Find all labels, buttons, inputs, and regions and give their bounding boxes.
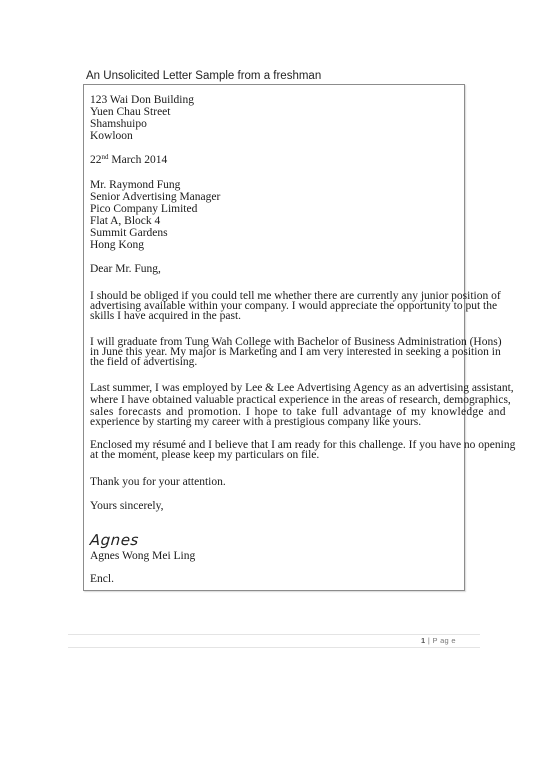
document-title: An Unsolicited Letter Sample from a fres… — [86, 70, 321, 82]
date-day: 22 — [90, 154, 102, 166]
recipient-line: Flat A, Block 4 — [90, 215, 160, 227]
sender-address-line: Yuen Chau Street — [90, 106, 170, 118]
paragraph-enclosure: Enclosed my résumé and I believe that I … — [90, 439, 472, 461]
date-rest: March 2014 — [109, 154, 168, 166]
recipient-line: Senior Advertising Manager — [90, 191, 220, 203]
paragraph-line: Last summer, I was employed by Lee & Lee… — [90, 382, 472, 394]
closing-line: Yours sincerely, — [90, 500, 163, 512]
sender-address-line: Shamshuipo — [90, 118, 147, 130]
footer-divider — [68, 634, 480, 635]
recipient-line: Summit Gardens — [90, 227, 168, 239]
sender-address-line: 123 Wai Don Building — [90, 94, 194, 106]
paragraph-education: I will graduate from Tung Wah College wi… — [90, 336, 472, 367]
salutation: Dear Mr. Fung, — [90, 263, 161, 275]
thanks-line: Thank you for your attention. — [90, 476, 226, 488]
recipient-line: Hong Kong — [90, 239, 144, 251]
page-separator: | — [425, 636, 432, 645]
paragraph-inquiry: I should be obliged if you could tell me… — [90, 290, 472, 321]
paragraph-experience: Last summer, I was employed by Lee & Lee… — [90, 382, 472, 428]
paragraph-line: the field of advertising. — [90, 358, 472, 368]
date-suffix: nd — [102, 153, 109, 161]
page-label: P ag e — [433, 636, 456, 645]
paragraph-line: where I have obtained valuable practical… — [90, 394, 472, 406]
page-number-footer: 1 | P ag e — [421, 636, 456, 645]
letter-box: 123 Wai Don Building Yuen Chau Street Sh… — [83, 84, 465, 591]
footer-divider — [68, 647, 480, 648]
paragraph-line: at the moment, please keep my particular… — [90, 451, 472, 461]
signer-name: Agnes Wong Mei Ling — [90, 550, 195, 562]
paragraph-line: experience by starting my career with a … — [90, 418, 472, 428]
handwritten-signature: Agnes — [89, 531, 139, 549]
paragraph-line: skills I have acquired in the past. — [90, 312, 472, 322]
enclosure-note: Encl. — [90, 573, 114, 585]
recipient-line: Pico Company Limited — [90, 203, 197, 215]
letter-date: 22nd March 2014 — [90, 154, 167, 166]
sender-address-line: Kowloon — [90, 130, 133, 142]
recipient-line: Mr. Raymond Fung — [90, 179, 180, 191]
